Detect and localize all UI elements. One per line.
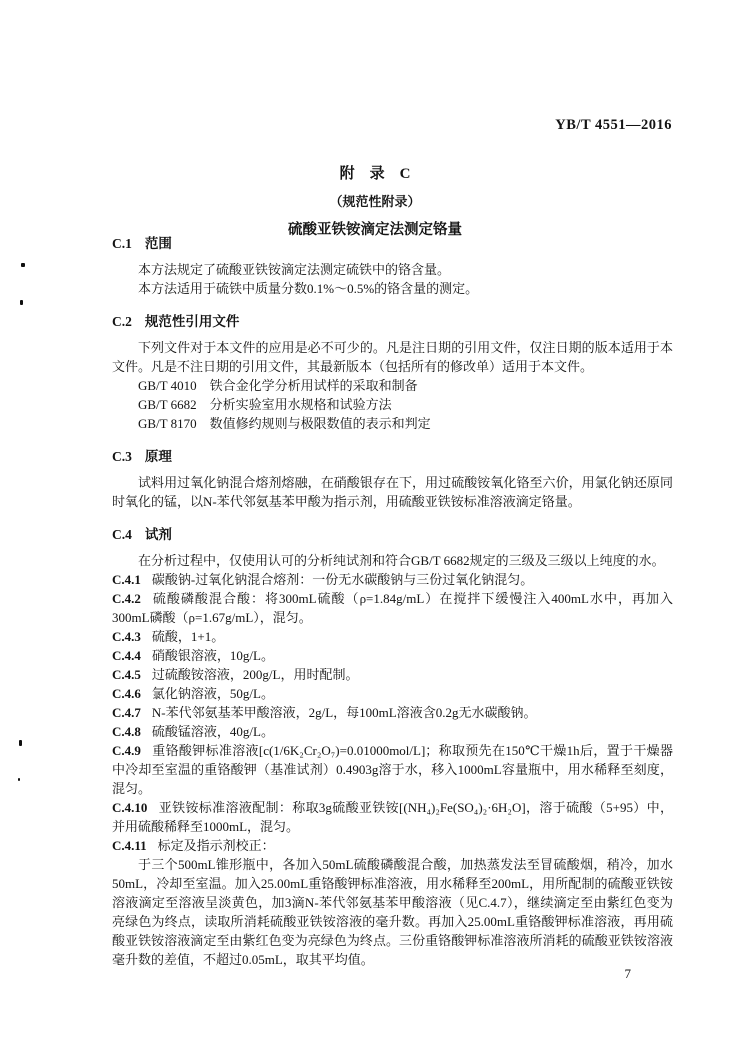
clause-number: C.4.2 (112, 591, 141, 606)
clause-item: C.4.4硝酸银溶液，10g/L。 (112, 646, 673, 665)
clause-number: C.4.8 (112, 724, 141, 739)
standard-code: YB/T 4551—2016 (555, 117, 672, 134)
section-number: C.1 (112, 236, 132, 251)
clause-item: C.4.3硫酸，1+1。 (112, 627, 673, 646)
paragraph: 本方法规定了硫酸亚铁铵滴定法测定硫铁中的铬含量。 (112, 260, 673, 279)
clause-text: 硫酸，1+1。 (152, 629, 224, 644)
clause-number: C.4.9 (112, 743, 141, 758)
scan-speck (19, 740, 22, 746)
clause-number: C.4.7 (112, 705, 141, 720)
clause-text: 标定及指示剂校正： (158, 838, 275, 853)
section-number: C.3 (112, 449, 132, 464)
clause-item: C.4.11标定及指示剂校正： (112, 836, 673, 855)
scan-speck (21, 263, 25, 267)
scan-speck (20, 300, 23, 305)
section-number: C.4 (112, 527, 132, 542)
clause-item: C.4.9重铬酸钾标准溶液[c(1/6K₂Cr₂O₇)=0.01000mol/L… (112, 741, 673, 798)
section-title: 原理 (145, 449, 172, 464)
clause-item: C.4.5过硫酸铵溶液，200g/L，用时配制。 (112, 665, 673, 684)
section-number: C.2 (112, 314, 132, 329)
clause-text: 亚铁铵标准溶液配制：称取3g硫酸亚铁铵[(NH₄)₂Fe(SO₄)₂·6H₂O]… (112, 800, 673, 834)
clause-number: C.4.5 (112, 667, 141, 682)
clause-item: C.4.2硫酸磷酸混合酸：将300mL硫酸（ρ=1.84g/mL）在搅拌下缓慢注… (112, 589, 673, 627)
page-number: 7 (625, 966, 632, 982)
appendix-label: 附 录 C (0, 162, 750, 183)
paragraph: 本方法适用于硫铁中质量分数0.1%～0.5%的铬含量的测定。 (112, 279, 673, 298)
appendix-type-note: （规范性附录） (0, 191, 750, 210)
clause-item: C.4.7N-苯代邻氨基苯甲酸溶液，2g/L，每100mL溶液含0.2g无水碳酸… (112, 703, 673, 722)
clause-number: C.4.11 (112, 838, 147, 853)
section-heading-c3: C.3原理 (112, 447, 673, 466)
section-title: 规范性引用文件 (145, 314, 240, 329)
clause-text: 重铬酸钾标准溶液[c(1/6K₂Cr₂O₇)=0.01000mol/L]；称取预… (112, 743, 673, 796)
document-body: C.1范围 本方法规定了硫酸亚铁铵滴定法测定硫铁中的铬含量。 本方法适用于硫铁中… (112, 234, 673, 969)
paragraph: 下列文件对于本文件的应用是必不可少的。凡是注日期的引用文件，仅注日期的版本适用于… (112, 338, 673, 376)
clause-text: 硫酸锰溶液，40g/L。 (152, 724, 274, 739)
clause-item: C.4.10亚铁铵标准溶液配制：称取3g硫酸亚铁铵[(NH₄)₂Fe(SO₄)₂… (112, 798, 673, 836)
clause-number: C.4.3 (112, 629, 141, 644)
paragraph: 在分析过程中，仅使用认可的分析纯试剂和符合GB/T 6682规定的三级及三级以上… (112, 551, 673, 570)
clause-text: 碳酸钠-过氧化钠混合熔剂：一份无水碳酸钠与三份过氧化钠混匀。 (152, 572, 533, 587)
clause-item: C.4.8硫酸锰溶液，40g/L。 (112, 722, 673, 741)
reference-item: GB/T 8170 数值修约规则与极限数值的表示和判定 (112, 414, 673, 433)
clause-number: C.4.4 (112, 648, 141, 663)
section-title: 范围 (145, 236, 172, 251)
clause-item: C.4.1碳酸钠-过氧化钠混合熔剂：一份无水碳酸钠与三份过氧化钠混匀。 (112, 570, 673, 589)
clause-text: 硫酸磷酸混合酸：将300mL硫酸（ρ=1.84g/mL）在搅拌下缓慢注入400m… (112, 591, 673, 625)
closing-paragraph: 于三个500mL锥形瓶中，各加入50mL硫酸磷酸混合酸，加热蒸发法至冒硫酸烟，稍… (112, 855, 673, 969)
appendix-header: 附 录 C （规范性附录） 硫酸亚铁铵滴定法测定铬量 (0, 162, 750, 239)
paragraph: 试料用过氧化钠混合熔剂熔融，在硝酸银存在下，用过硫酸铵氧化铬至六价，用氯化钠还原… (112, 473, 673, 511)
clause-text: 硝酸银溶液，10g/L。 (152, 648, 274, 663)
section-heading-c4: C.4试剂 (112, 525, 673, 544)
clause-text: N-苯代邻氨基苯甲酸溶液，2g/L，每100mL溶液含0.2g无水碳酸钠。 (152, 705, 537, 720)
scan-speck (18, 778, 20, 781)
reference-item: GB/T 6682 分析实验室用水规格和试验方法 (112, 395, 673, 414)
reference-item: GB/T 4010 铁合金化学分析用试样的采取和制备 (112, 376, 673, 395)
section-heading-c2: C.2规范性引用文件 (112, 312, 673, 331)
section-title: 试剂 (145, 527, 172, 542)
clause-text: 氯化钠溶液，50g/L。 (152, 686, 274, 701)
clause-number: C.4.1 (112, 572, 141, 587)
clause-item: C.4.6氯化钠溶液，50g/L。 (112, 684, 673, 703)
clause-number: C.4.6 (112, 686, 141, 701)
clause-text: 过硫酸铵溶液，200g/L，用时配制。 (152, 667, 359, 682)
section-heading-c1: C.1范围 (112, 234, 673, 253)
clause-number: C.4.10 (112, 800, 147, 815)
